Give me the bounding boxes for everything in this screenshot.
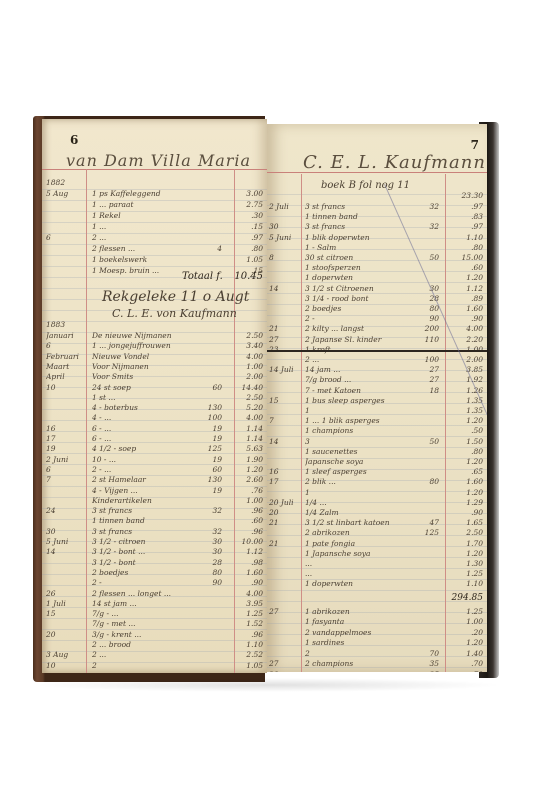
row-amount: 1.20 [447, 637, 483, 648]
row-text: 1 ... paraat [92, 199, 212, 210]
row-qty: 4 [192, 243, 222, 254]
row-amount: 3.00 [227, 188, 263, 199]
ledger-row: 1 ... .15 [42, 221, 267, 232]
row-text: 1 abrikozen [305, 606, 415, 617]
page-number: 7 [471, 138, 479, 152]
ledger-row: 1 boekelswerk1.05 [42, 254, 267, 265]
row-text: 2 ... [92, 232, 212, 243]
row-date: 28 [269, 669, 301, 672]
row-text: 2 [92, 660, 212, 671]
ledger-row: 1 sardines1.20 [267, 637, 487, 648]
row-amount: 1.25 [447, 606, 483, 617]
row-amount: 1.05 [227, 254, 263, 265]
row-text: 1 ps Kaffeleggend [92, 188, 212, 199]
row-date: 27 [269, 658, 301, 669]
row-amount: 1.00 [447, 616, 483, 627]
row-amount: 1.10 [447, 578, 483, 589]
carried-forward: 23.30 [447, 190, 483, 201]
row-amount: 1.05 [227, 660, 263, 671]
row-amount: .20 [447, 627, 483, 638]
ledger-book: 6 van Dam Villa Maria 18825 Aug1 ps Kaff… [33, 116, 493, 682]
ledger-row: 2701.40 [267, 648, 487, 659]
row-text: 1 fasyanta [305, 616, 415, 627]
row-amount: .70 [447, 658, 483, 669]
row-text: 2 vandappelmoes [305, 627, 415, 638]
year: 1883 [46, 319, 86, 330]
ledger-row: 2 vandappelmoes.20 [267, 627, 487, 638]
page-header: van Dam Villa Maria [66, 151, 251, 170]
ledger-row: 1 doperwten1.10 [267, 578, 487, 589]
shadow [33, 678, 503, 692]
subtotal: 294.85 [439, 593, 483, 604]
row-qty: 35 [407, 669, 439, 672]
row-date: 6 [46, 232, 86, 243]
row-text: 1 ... [92, 221, 212, 232]
row-text: 2 [305, 648, 415, 659]
row-date: 5 Aug [46, 188, 86, 199]
row-amount: .15 [227, 221, 263, 232]
page-header: C. E. L. Kaufmann [303, 152, 486, 173]
ledger-row: 62 ... .97 [42, 232, 267, 243]
year: 1882 [46, 177, 86, 188]
row-text: 2 champions [305, 658, 415, 669]
right-page: 7 C. E. L. Kaufmann boek B fol nog 11 23… [267, 124, 487, 672]
section-title: Rekgeleke 11 o Augt [102, 289, 249, 305]
row-amount: 1.40 [447, 648, 483, 659]
ruled-separator [267, 350, 487, 352]
total-amount: 10.45 [227, 271, 263, 282]
row-text: 1 sardines [305, 637, 415, 648]
row-qty: 35 [407, 658, 439, 669]
row-text: 1 boekelswerk [92, 254, 212, 265]
row-date: 10 [46, 660, 86, 671]
ledger-row: 5 Aug1 ps Kaffeleggend3.00 [42, 188, 267, 199]
ledger-row: 1 ... paraat2.75 [42, 199, 267, 210]
row-amount: .70 [447, 669, 483, 672]
page-number: 6 [70, 133, 78, 147]
ledger-row: 272 champions35.70 [267, 658, 487, 669]
row-amount: 2.75 [227, 199, 263, 210]
row-amount: .97 [227, 232, 263, 243]
row-text: 1 Rekel [92, 210, 212, 221]
ledger-row: 271 abrikozen1.25 [267, 606, 487, 617]
row-date: 27 [269, 606, 301, 617]
ledger-row: 1021.05 [42, 660, 267, 671]
ledger-row: 1 Rekel.30 [42, 210, 267, 221]
row-amount: .30 [227, 210, 263, 221]
left-page: 6 van Dam Villa Maria 18825 Aug1 ps Kaff… [42, 119, 267, 673]
row-text: 1 doperwten [305, 578, 415, 589]
ledger-row: 1 fasyanta1.00 [267, 616, 487, 627]
ledger-row: 2 flessen ... 4.80 [42, 243, 267, 254]
row-qty: 70 [407, 648, 439, 659]
row-amount: .80 [227, 243, 263, 254]
ledger-row: 2835.70 [267, 669, 487, 672]
